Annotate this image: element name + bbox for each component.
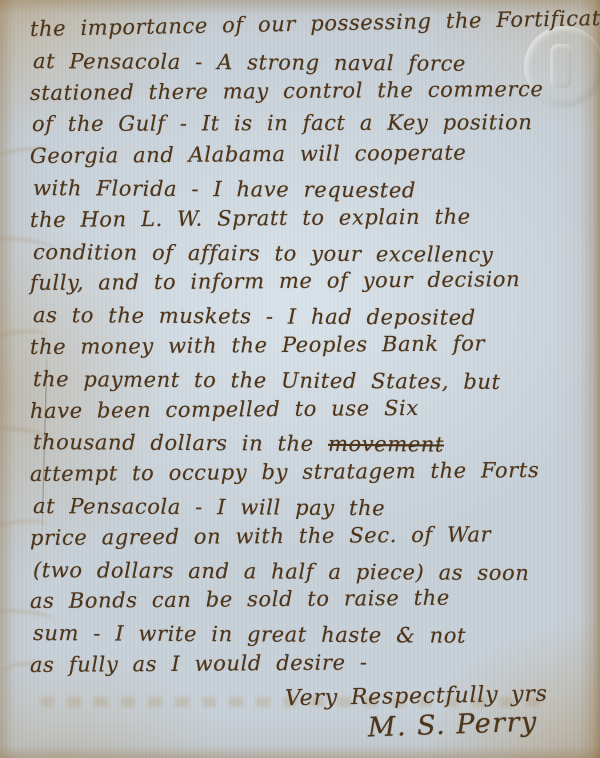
- line-text: the money with the Peoples Bank for: [30, 331, 485, 359]
- closing-block: Very Respectfully yrs M. S. Perry: [285, 684, 548, 742]
- line-text: stationed there may control the commerce: [30, 77, 544, 105]
- line-text: the Hon L. W. Spratt to explain the: [30, 204, 471, 231]
- line-text: at Pensacola - I will pay the: [33, 494, 385, 520]
- letter-line: Georgia and Alabama will cooperate: [30, 137, 594, 173]
- line-text: condition of affairs to your excellency: [33, 240, 493, 267]
- letter-line: the Hon L. W. Spratt to explain the: [30, 200, 594, 236]
- signature: M. S. Perry: [285, 707, 539, 747]
- letter-line: the money with the Peoples Bank for: [30, 328, 594, 364]
- line-text: attempt to occupy by stratagem the Forts: [30, 458, 539, 486]
- line-text: of the Gulf - It is in fact a Key positi…: [32, 111, 533, 137]
- line-text: fully, and to inform me of your decision: [30, 268, 520, 296]
- struck-word: movement: [328, 432, 444, 457]
- line-text: the payment to the United States, but: [33, 367, 501, 394]
- letter-line: of the Gulf - It is in fact a Key positi…: [32, 107, 596, 141]
- letter-body: the importance of our possessing the For…: [30, 14, 594, 682]
- letter-line: have been compelled to use Six: [30, 391, 594, 427]
- line-text: have been compelled to use Six: [30, 396, 419, 423]
- line-text: the importance of our possessing the For…: [30, 5, 600, 41]
- line-text: thousand dollars in the: [33, 430, 328, 456]
- letter-line: fully, and to inform me of your decision: [30, 264, 594, 300]
- letter-line: stationed there may control the commerce: [30, 73, 594, 109]
- letter-line: attempt to occupy by stratagem the Forts: [30, 455, 594, 491]
- line-text: as fully as I would desire -: [30, 650, 368, 677]
- letter-line: the importance of our possessing the For…: [30, 3, 595, 46]
- letter-line: as Bonds can be sold to raise the: [30, 582, 594, 618]
- line-text: with Florida - I have requested: [33, 176, 416, 202]
- line-text: as to the muskets - I had deposited: [33, 303, 476, 330]
- line-text: (two dollars and a half a piece) as soon: [33, 558, 530, 585]
- line-text: price agreed on with the Sec. of War: [30, 522, 491, 550]
- letter-page-scan: the importance of our possessing the For…: [0, 0, 600, 758]
- line-text: as Bonds can be sold to raise the: [30, 586, 450, 613]
- letter-line: price agreed on with the Sec. of War: [30, 518, 594, 554]
- line-text: at Pensacola - A strong naval force: [33, 49, 466, 76]
- letter-line: as fully as I would desire -: [30, 646, 594, 682]
- line-text: sum - I write in great haste & not: [33, 621, 466, 648]
- line-text: Georgia and Alabama will cooperate: [30, 141, 467, 168]
